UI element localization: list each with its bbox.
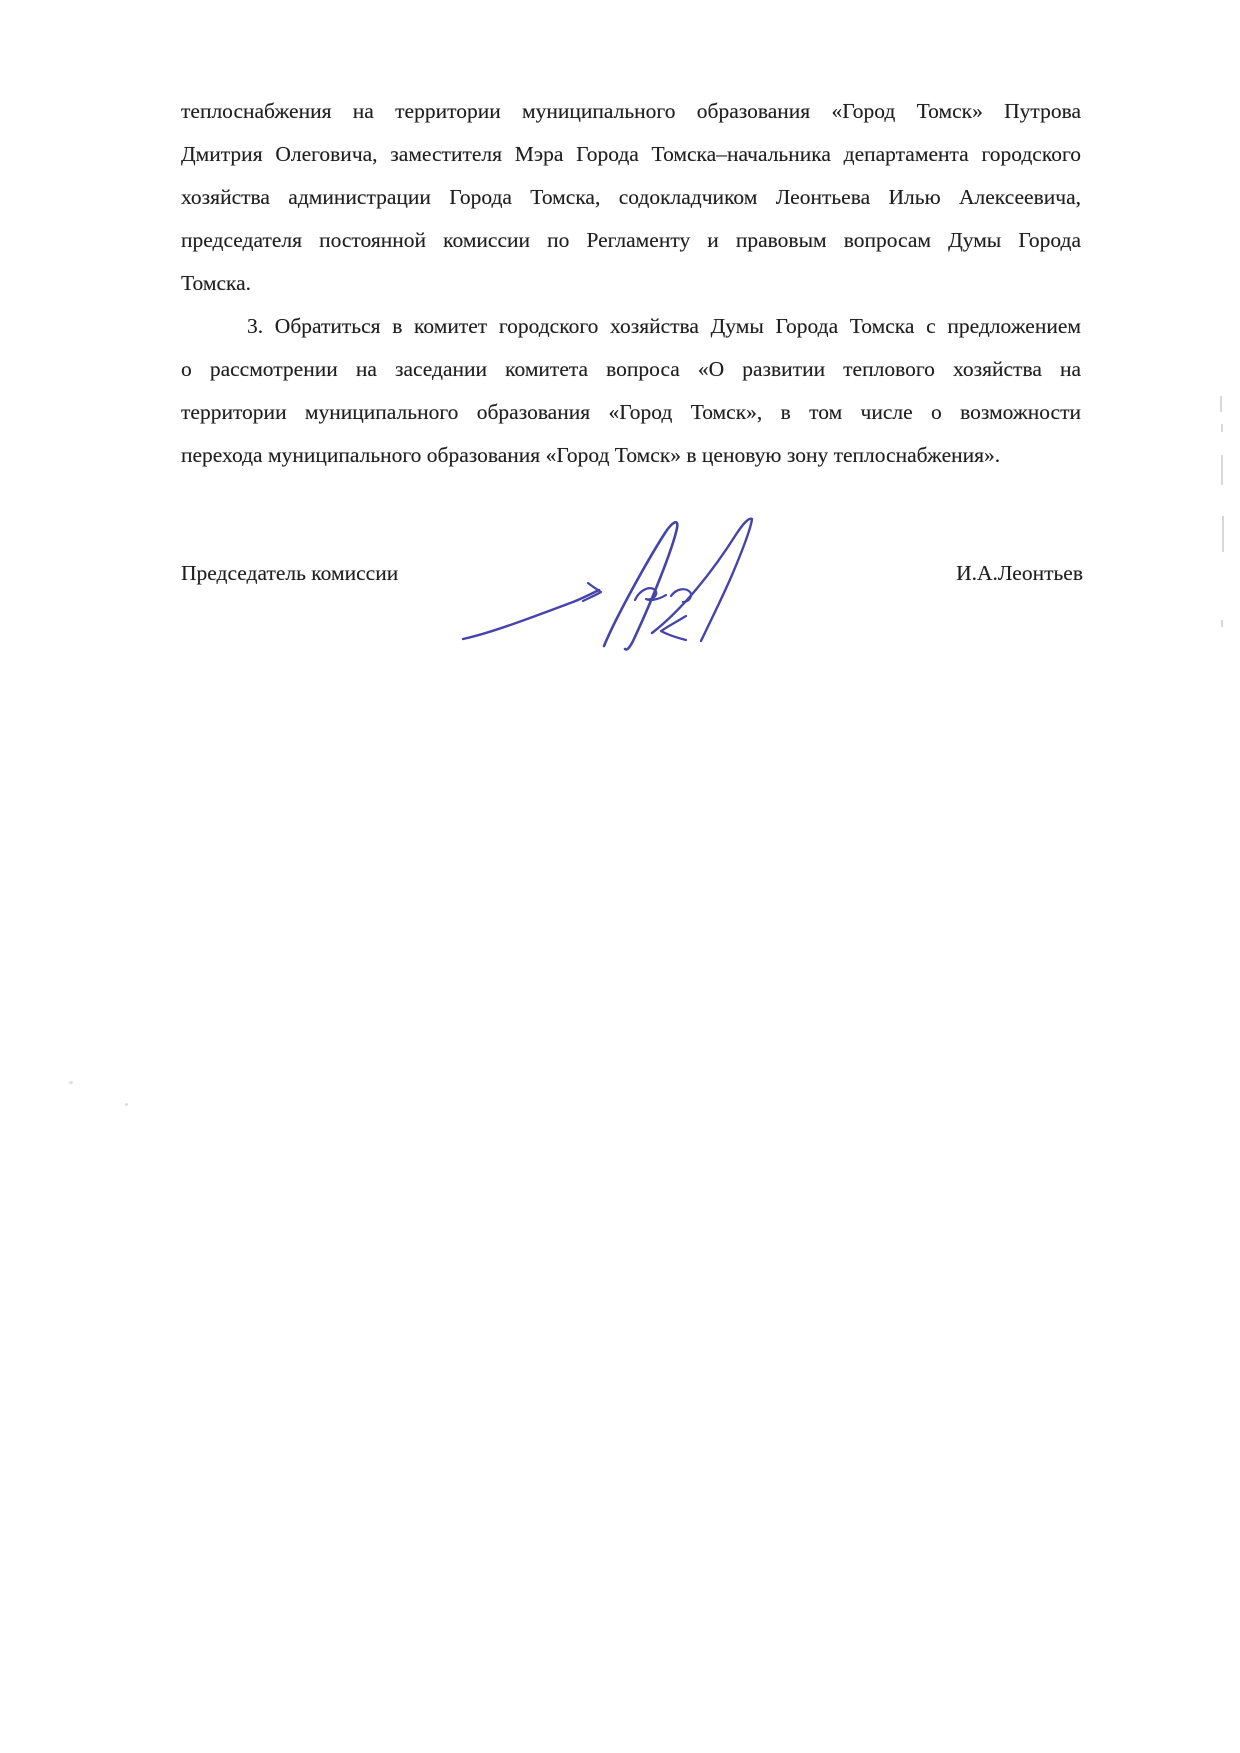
- signer-name: И.А.Леонтьев: [956, 552, 1083, 595]
- scan-artifact: [125, 1103, 128, 1106]
- paragraph-line: территории муниципального образования «Г…: [181, 391, 1081, 434]
- paragraph-line: хозяйства администрации Города Томска, с…: [181, 176, 1081, 219]
- scan-artifact: [1221, 620, 1223, 627]
- signer-role: Председатель комиссии: [181, 552, 398, 595]
- paragraph-line: Дмитрия Олеговича, заместителя Мэра Горо…: [181, 133, 1081, 176]
- paragraph-line: о рассмотрении на заседании комитета воп…: [181, 348, 1081, 391]
- scan-artifact: [1221, 455, 1223, 485]
- paragraph-line: перехода муниципального образования «Гор…: [181, 434, 1081, 477]
- scan-artifact: [1221, 424, 1223, 432]
- document-page: теплоснабжения на территории муниципальн…: [0, 0, 1240, 1753]
- paragraph-line: председателя постоянной комиссии по Регл…: [181, 219, 1081, 262]
- document-body: теплоснабжения на территории муниципальн…: [181, 90, 1081, 477]
- paragraph-line: 3. Обратиться в комитет городского хозяй…: [181, 305, 1081, 348]
- scan-artifact: [1220, 396, 1222, 412]
- paragraph-line: теплоснабжения на территории муниципальн…: [181, 90, 1081, 133]
- scan-artifact: [69, 1081, 73, 1084]
- handwritten-signature-icon: [455, 503, 765, 655]
- scan-artifact: [1222, 516, 1224, 552]
- paragraph-line: Томска.: [181, 262, 1081, 305]
